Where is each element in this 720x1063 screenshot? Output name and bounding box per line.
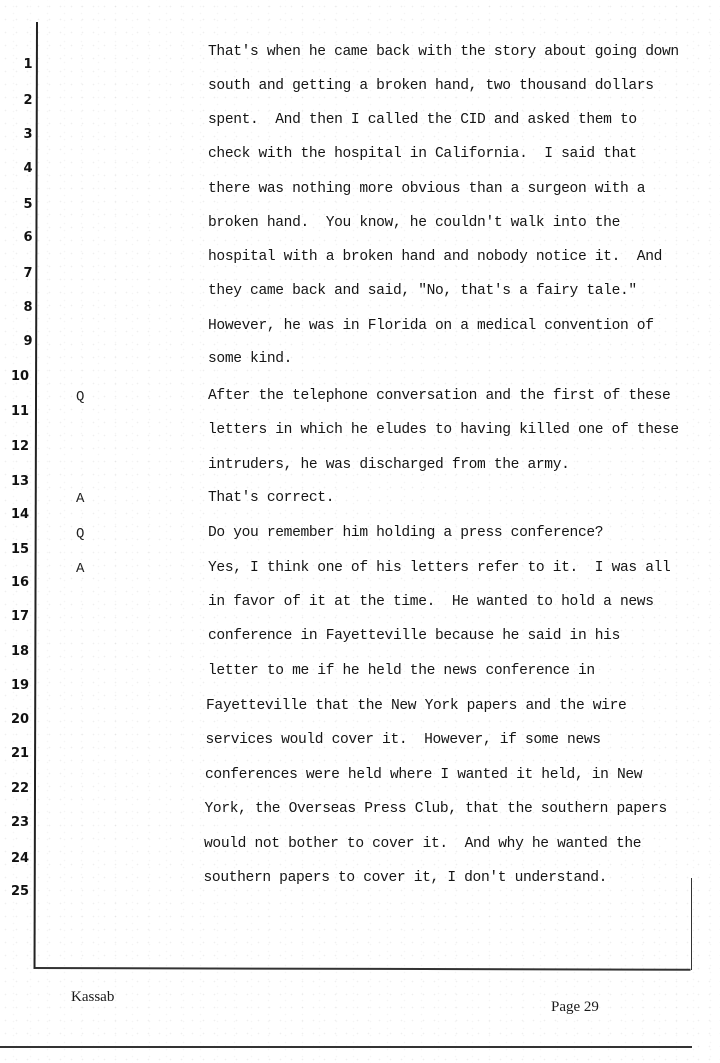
transcript-border-right — [691, 878, 692, 970]
transcript-text: there was nothing more obvious than a su… — [208, 181, 645, 197]
transcript-text: southern papers to cover it, I don't und… — [204, 870, 608, 886]
transcript-text: Fayetteville that the New York papers an… — [206, 698, 626, 714]
transcript-text: That's correct. — [208, 490, 334, 506]
transcript-text: they came back and said, "No, that's a f… — [208, 283, 637, 299]
line-number: 18 — [4, 644, 36, 659]
speaker-label-answer: A — [76, 491, 84, 507]
line-number: 13 — [4, 474, 36, 489]
transcript-text: That's when he came back with the story … — [208, 44, 679, 60]
transcript-text: After the telephone conversation and the… — [208, 388, 670, 404]
line-number: 5 — [20, 197, 36, 212]
line-number: 23 — [4, 815, 36, 830]
line-number: 9 — [20, 334, 36, 349]
line-number: 3 — [20, 127, 36, 142]
transcript-border — [34, 22, 693, 971]
page-number: Page 29 — [551, 999, 599, 1016]
transcript-text: spent. And then I called the CID and ask… — [208, 112, 637, 128]
line-number: 19 — [4, 678, 36, 693]
transcript-text: services would cover it. However, if som… — [206, 732, 601, 748]
transcript-text: check with the hospital in California. I… — [208, 146, 637, 162]
line-number: 12 — [4, 439, 36, 454]
line-number: 25 — [4, 884, 36, 899]
speaker-label-answer: A — [76, 561, 84, 577]
line-number: 7 — [20, 266, 36, 281]
line-number: 1 — [20, 57, 36, 72]
transcript-text: conferences were held where I wanted it … — [205, 767, 642, 783]
transcript-text: south and getting a broken hand, two tho… — [208, 78, 654, 94]
line-number: 4 — [20, 161, 36, 176]
line-number: 17 — [4, 609, 36, 624]
transcript-text: some kind. — [208, 351, 292, 367]
transcript-text: letter to me if he held the news confere… — [208, 663, 595, 679]
line-number: 16 — [4, 575, 36, 590]
transcript-text: hospital with a broken hand and nobody n… — [208, 249, 662, 265]
transcript-text: broken hand. You know, he couldn't walk … — [208, 215, 620, 231]
line-number: 22 — [4, 781, 36, 796]
transcript-text: intruders, he was discharged from the ar… — [208, 457, 570, 473]
line-number: 15 — [4, 542, 36, 557]
transcript-text: would not bother to cover it. And why he… — [204, 836, 641, 852]
line-number: 10 — [4, 369, 36, 384]
line-number: 20 — [4, 712, 36, 727]
witness-name: Kassab — [71, 989, 114, 1006]
bottom-rule — [0, 1046, 692, 1048]
transcript-text: Do you remember him holding a press conf… — [208, 525, 603, 541]
line-number: 21 — [4, 746, 36, 761]
speaker-label-question: Q — [76, 526, 84, 542]
transcript-text: York, the Overseas Press Club, that the … — [205, 801, 667, 817]
speaker-label-question: Q — [76, 389, 84, 405]
transcript-text: Yes, I think one of his letters refer to… — [208, 560, 670, 576]
line-number: 11 — [4, 404, 36, 419]
transcript-text: However, he was in Florida on a medical … — [208, 318, 654, 334]
line-number: 6 — [20, 230, 36, 245]
transcript-text: letters in which he eludes to having kil… — [208, 422, 679, 438]
line-number: 14 — [4, 507, 36, 522]
line-number: 8 — [20, 300, 36, 315]
transcript-text: conference in Fayetteville because he sa… — [208, 628, 620, 644]
line-number: 2 — [20, 93, 36, 108]
transcript-text: in favor of it at the time. He wanted to… — [208, 594, 654, 610]
line-number: 24 — [4, 851, 36, 866]
